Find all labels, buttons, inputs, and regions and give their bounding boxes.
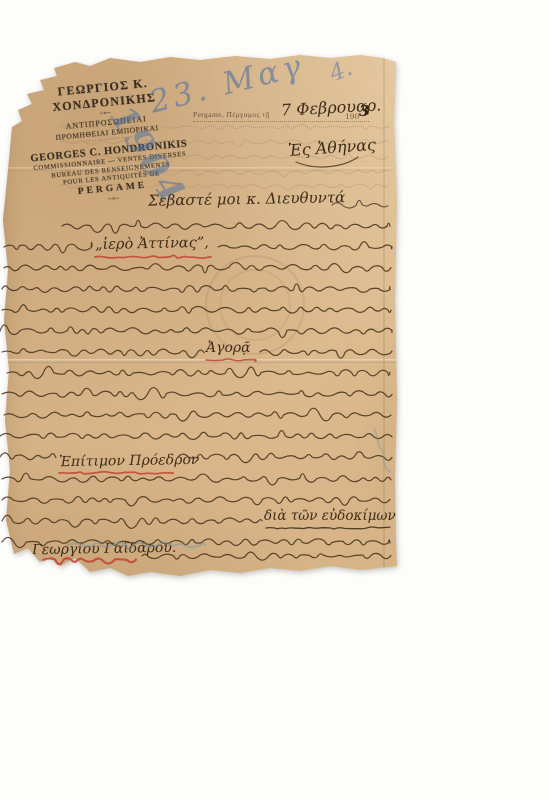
letter-paper: ΓΕΩΡΓΙΟΣ Κ. ΧΟΝΔΡΟΝΙΚΗΣ ~∘~ ΑΝΤΙΠΡΟΣΩΠΕΙ… bbox=[0, 0, 549, 800]
date-printed-year: 190 bbox=[345, 112, 359, 121]
recipient-note: Ἐς Ἀθήνας bbox=[287, 135, 376, 160]
salutation: Σεβαστέ μοι κ. Διευθυντά bbox=[148, 188, 338, 209]
date-printed-place: Pergame, Πέργαμος τῇ bbox=[193, 110, 270, 119]
date-line: Pergame, Πέργαμος τῇ 7 Φεβρουαρ. 190 3 bbox=[193, 104, 373, 126]
phrase-hiero-attinas: „ἱερὸ Ἀττίνας”, bbox=[95, 235, 209, 253]
scanned-letter: ΓΕΩΡΓΙΟΣ Κ. ΧΟΝΔΡΟΝΙΚΗΣ ~∘~ ΑΝΤΙΠΡΟΣΩΠΕΙ… bbox=[0, 0, 549, 800]
blue-pencil-note-small: 4. bbox=[326, 55, 356, 87]
seal-impression-inner bbox=[219, 269, 291, 341]
phrase-agora: Ἀγορᾷ bbox=[206, 340, 251, 356]
date-handwritten-year-digit: 3 bbox=[359, 102, 369, 120]
phrase-dia-ton-evdokimon: διὰ τῶν εὐδοκίμων, bbox=[264, 508, 400, 524]
phrase-georgiou-gaidarou: Γεωργίου Γαϊδάρου. bbox=[32, 540, 177, 559]
paper-shadow: ΓΕΩΡΓΙΟΣ Κ. ΧΟΝΔΡΟΝΙΚΗΣ ~∘~ ΑΝΤΙΠΡΟΣΩΠΕΙ… bbox=[0, 0, 549, 800]
fold-crease-vertical bbox=[383, 58, 385, 568]
phrase-honorary-president: Ἐπίτιμον Πρόεδρον bbox=[59, 452, 200, 470]
fold-crease-middle bbox=[2, 359, 397, 363]
date-dotted-rule bbox=[193, 121, 369, 122]
